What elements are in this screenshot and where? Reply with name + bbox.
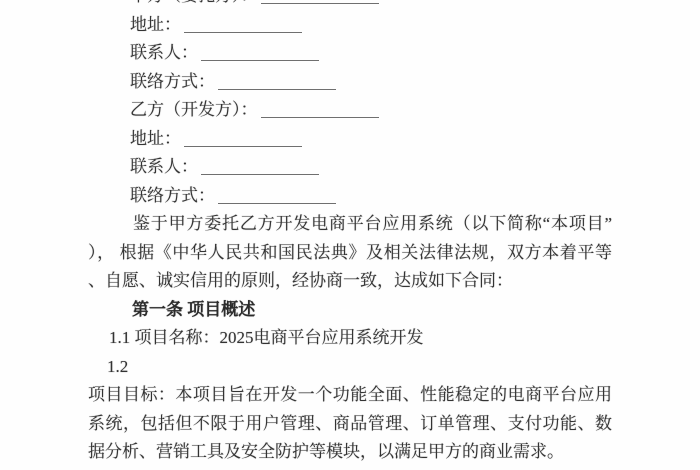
blank-underline — [218, 202, 336, 204]
contract-field-line: 联系人： — [88, 39, 612, 68]
field-label: 乙方（开发方）： — [130, 100, 258, 119]
contract-field-line: 地址： — [88, 11, 612, 40]
contract-text-line: ）， 根据《中华人民共和国民法典》及相关法律法规，双方本着平等 — [88, 239, 612, 268]
contract-text-line: 1.2 — [88, 353, 612, 382]
field-label: 地址： — [130, 129, 181, 148]
field-label: 联系人： — [130, 157, 198, 176]
blank-underline — [184, 145, 302, 147]
contract-field-line: 联络方式： — [88, 68, 612, 97]
contract-field-line: 甲方（委托方）： — [88, 0, 612, 11]
field-label: 地址： — [130, 15, 181, 34]
contract-field-line: 地址： — [88, 125, 612, 154]
field-label: 联系人： — [130, 43, 198, 62]
blank-underline — [201, 173, 319, 175]
field-label: 联络方式： — [130, 72, 215, 91]
contract-text-line: 鉴于甲方委托乙方开发电商平台应用系统（以下简称“本项目” — [88, 210, 612, 239]
blank-underline — [261, 2, 379, 4]
document-body: 甲方（委托方）：地址：联系人：联络方式：乙方（开发方）：地址：联系人：联络方式：… — [88, 0, 612, 467]
blank-underline — [218, 88, 336, 90]
contract-field-line: 联络方式： — [88, 182, 612, 211]
scanned-contract-page: 甲方（委托方）：地址：联系人：联络方式：乙方（开发方）：地址：联系人：联络方式：… — [0, 0, 700, 470]
contract-text-line: 据分析、营销工具及安全防护等模块，以满足甲方的商业需求。 — [88, 438, 612, 467]
contract-text-line: 项目目标：本项目旨在开发一个功能全面、性能稳定的电商平台应用 — [88, 381, 612, 410]
field-label: 甲方（委托方）： — [130, 0, 258, 5]
field-label: 联络方式： — [130, 186, 215, 205]
blank-underline — [184, 31, 302, 33]
blank-underline — [201, 59, 319, 61]
section-heading: 第一条 项目概述 — [88, 296, 612, 325]
contract-field-line: 联系人： — [88, 153, 612, 182]
contract-text-line: 、自愿、诚实信用的原则，经协商一致，达成如下合同： — [88, 267, 612, 296]
contract-text-line: 系统，包括但不限于用户管理、商品管理、订单管理、支付功能、数 — [88, 410, 612, 439]
blank-underline — [261, 116, 379, 118]
contract-field-line: 乙方（开发方）： — [88, 96, 612, 125]
contract-text-line: 1.1 项目名称：2025电商平台应用系统开发 — [88, 324, 612, 353]
